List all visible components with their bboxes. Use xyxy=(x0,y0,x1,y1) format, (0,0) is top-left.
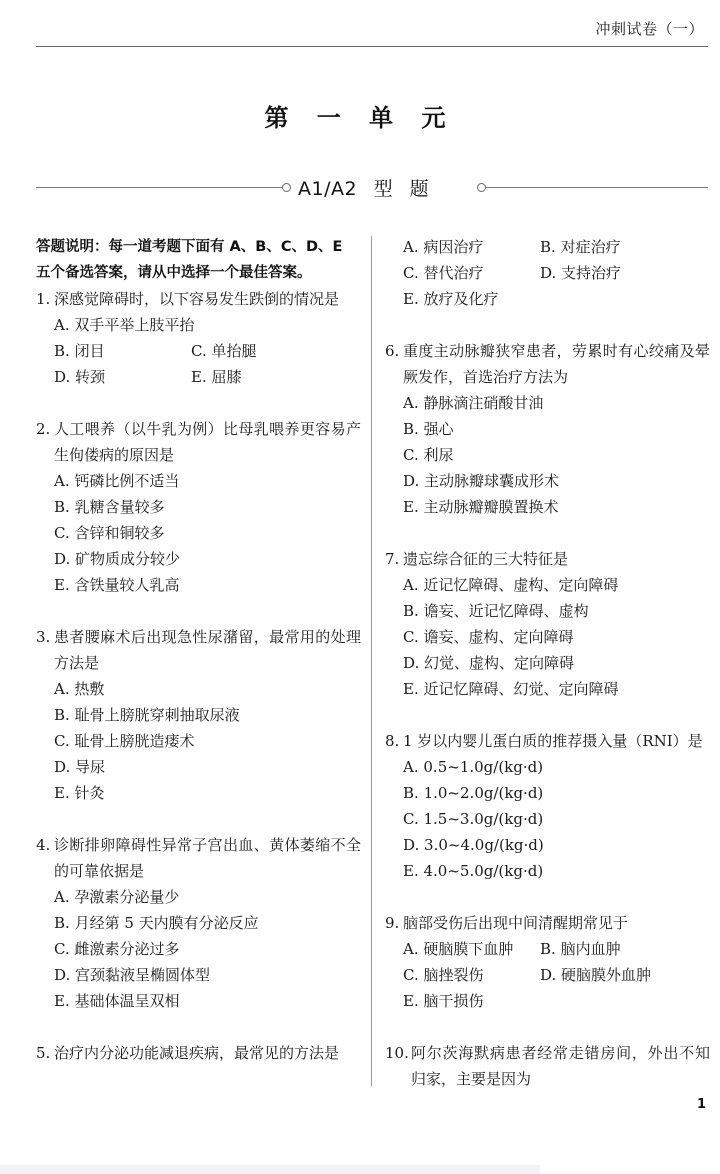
option-a: A. 近记忆障碍、虚构、定向障碍 xyxy=(385,572,710,598)
question-stem: 深感觉障碍时，以下容易发生跌倒的情况是 xyxy=(54,286,361,312)
question-stem: 患者腰麻术后出现急性尿潴留，最常用的处理方法是 xyxy=(54,624,361,676)
question-9: 9. 脑部受伤后出现中间清醒期常见于 A. 硬脑膜下血肿 B. 脑内血肿 C. … xyxy=(385,910,710,1014)
question-stem: 治疗内分泌功能减退疾病，最常见的方法是 xyxy=(54,1040,361,1066)
option-d: D. 幻觉、虚构、定向障碍 xyxy=(385,650,710,676)
option-d: D. 导尿 xyxy=(36,754,361,780)
column-divider xyxy=(371,236,372,1086)
right-column: A. 病因治疗 B. 对症治疗 C. 替代治疗 D. 支持治疗 E. 放疗及化疗… xyxy=(385,234,710,1092)
option-d: D. 主动脉瓣球囊成形术 xyxy=(385,468,710,494)
option-c: C. 单抬腿 xyxy=(191,338,346,364)
option-e: E. 近记忆障碍、幻觉、定向障碍 xyxy=(385,676,710,702)
option-b: B. 耻骨上膀胱穿刺抽取尿液 xyxy=(36,702,361,728)
option-b: B. 乳糖含量较多 xyxy=(36,494,361,520)
question-number: 6. xyxy=(385,338,403,390)
question-4: 4. 诊断排卵障碍性异常子宫出血、黄体萎缩不全的可靠依据是 A. 孕激素分泌量少… xyxy=(36,832,361,1014)
left-column: 答题说明：每一道考题下面有 A、B、C、D、E 五个备选答案，请从中选择一个最佳… xyxy=(36,234,361,1066)
option-c: C. 谵妄、虚构、定向障碍 xyxy=(385,624,710,650)
question-6: 6. 重度主动脉瓣狭窄患者，劳累时有心绞痛及晕厥发作，首选治疗方法为 A. 静脉… xyxy=(385,338,710,520)
option-a: A. 0.5~1.0g/(kg·d) xyxy=(385,754,710,780)
question-number: 2. xyxy=(36,416,54,468)
option-b: B. 对症治疗 xyxy=(540,234,695,260)
option-d: D. 硬脑膜外血肿 xyxy=(540,962,695,988)
option-a: A. 病因治疗 xyxy=(385,234,540,260)
option-b: B. 月经第 5 天内膜有分泌反应 xyxy=(36,910,361,936)
question-2: 2. 人工喂养（以牛乳为例）比母乳喂养更容易产生佝偻病的原因是 A. 钙磷比例不… xyxy=(36,416,361,598)
question-number: 4. xyxy=(36,832,54,884)
option-b: B. 强心 xyxy=(385,416,710,442)
option-c: C. 含锌和铜较多 xyxy=(36,520,361,546)
question-stem: 遗忘综合征的三大特征是 xyxy=(403,546,710,572)
section-rule-left xyxy=(36,187,282,188)
running-header-title: 冲刺试卷（一） xyxy=(595,18,704,39)
option-c: C. 雌激素分泌过多 xyxy=(36,936,361,962)
question-5-options: A. 病因治疗 B. 对症治疗 C. 替代治疗 D. 支持治疗 E. 放疗及化疗 xyxy=(385,234,710,312)
answer-instructions: 答题说明：每一道考题下面有 A、B、C、D、E 五个备选答案，请从中选择一个最佳… xyxy=(36,234,361,286)
question-number: 1. xyxy=(36,286,54,312)
option-a: A. 硬脑膜下血肿 xyxy=(385,936,540,962)
option-b: B. 闭目 xyxy=(36,338,191,364)
option-a: A. 热敷 xyxy=(36,676,361,702)
option-e: E. 主动脉瓣瓣膜置换术 xyxy=(385,494,710,520)
question-8: 8. 1 岁以内婴儿蛋白质的推荐摄入量（RNI）是 A. 0.5~1.0g/(k… xyxy=(385,728,710,884)
option-d: D. 宫颈黏液呈椭圆体型 xyxy=(36,962,361,988)
option-e: E. 针灸 xyxy=(36,780,361,806)
question-number: 5. xyxy=(36,1040,54,1066)
question-3: 3. 患者腰麻术后出现急性尿潴留，最常用的处理方法是 A. 热敷 B. 耻骨上膀… xyxy=(36,624,361,806)
option-a: A. 孕激素分泌量少 xyxy=(36,884,361,910)
scan-edge-strip xyxy=(0,1165,540,1174)
question-number: 3. xyxy=(36,624,54,676)
question-number: 10. xyxy=(385,1040,411,1092)
option-b: B. 脑内血肿 xyxy=(540,936,695,962)
option-d: D. 支持治疗 xyxy=(540,260,695,286)
question-stem: 重度主动脉瓣狭窄患者，劳累时有心绞痛及晕厥发作，首选治疗方法为 xyxy=(403,338,710,390)
option-e: E. 基础体温呈双相 xyxy=(36,988,361,1014)
circle-ornament-icon xyxy=(282,183,291,192)
question-stem: 脑部受伤后出现中间清醒期常见于 xyxy=(403,910,710,936)
option-e: E. 放疗及化疗 xyxy=(385,286,710,312)
option-e: E. 屈膝 xyxy=(191,364,346,390)
question-5: 5. 治疗内分泌功能减退疾病，最常见的方法是 xyxy=(36,1040,361,1066)
option-b: B. 1.0~2.0g/(kg·d) xyxy=(385,780,710,806)
instructions-line: 五个备选答案，请从中选择一个最佳答案。 xyxy=(36,260,361,286)
question-number: 7. xyxy=(385,546,403,572)
option-a: A. 静脉滴注硝酸甘油 xyxy=(385,390,710,416)
option-b: B. 谵妄、近记忆障碍、虚构 xyxy=(385,598,710,624)
option-e: E. 含铁量较人乳高 xyxy=(36,572,361,598)
option-e: E. 4.0~5.0g/(kg·d) xyxy=(385,858,710,884)
option-a: A. 双手平举上肢平抬 xyxy=(36,312,361,338)
option-c: C. 替代治疗 xyxy=(385,260,540,286)
question-stem: 1 岁以内婴儿蛋白质的推荐摄入量（RNI）是 xyxy=(403,728,710,754)
question-stem: 人工喂养（以牛乳为例）比母乳喂养更容易产生佝偻病的原因是 xyxy=(54,416,361,468)
option-c: C. 利尿 xyxy=(385,442,710,468)
circle-ornament-icon xyxy=(477,183,486,192)
option-c: C. 耻骨上膀胱造瘘术 xyxy=(36,728,361,754)
option-c: C. 1.5~3.0g/(kg·d) xyxy=(385,806,710,832)
option-d: D. 3.0~4.0g/(kg·d) xyxy=(385,832,710,858)
page-number: 1 xyxy=(697,1097,706,1112)
option-d: D. 矿物质成分较少 xyxy=(36,546,361,572)
section-label: A1/A2 型 题 xyxy=(298,174,429,201)
option-d: D. 转颈 xyxy=(36,364,191,390)
question-7: 7. 遗忘综合征的三大特征是 A. 近记忆障碍、虚构、定向障碍 B. 谵妄、近记… xyxy=(385,546,710,702)
question-number: 9. xyxy=(385,910,403,936)
option-c: C. 脑挫裂伤 xyxy=(385,962,540,988)
unit-title: 第 一 单 元 xyxy=(0,98,720,133)
header-divider xyxy=(36,46,708,47)
question-number: 8. xyxy=(385,728,403,754)
option-e: E. 脑干损伤 xyxy=(385,988,710,1014)
question-10: 10. 阿尔茨海默病患者经常走错房间，外出不知归家，主要是因为 xyxy=(385,1040,710,1092)
section-rule-right xyxy=(486,187,708,188)
question-stem: 诊断排卵障碍性异常子宫出血、黄体萎缩不全的可靠依据是 xyxy=(54,832,361,884)
question-stem: 阿尔茨海默病患者经常走错房间，外出不知归家，主要是因为 xyxy=(411,1040,710,1092)
option-a: A. 钙磷比例不适当 xyxy=(36,468,361,494)
instructions-line: 答题说明：每一道考题下面有 A、B、C、D、E xyxy=(36,234,361,260)
question-1: 1. 深感觉障碍时，以下容易发生跌倒的情况是 A. 双手平举上肢平抬 B. 闭目… xyxy=(36,286,361,390)
section-heading: A1/A2 型 题 xyxy=(36,174,708,202)
